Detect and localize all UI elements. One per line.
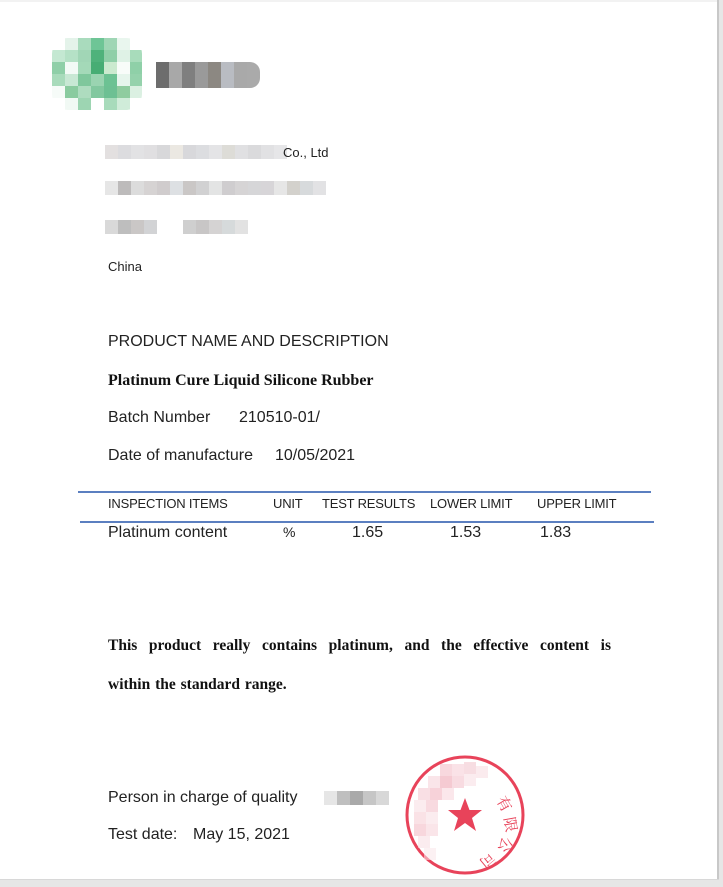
cell-test-result: 1.65	[352, 524, 383, 542]
cell-item: Platinum content	[108, 524, 227, 542]
page-top-edge	[0, 0, 717, 2]
table-header-rule	[80, 521, 654, 523]
col-header-items: INSPECTION ITEMS	[108, 496, 228, 511]
conclusion-line1: This product really contains platinum, a…	[108, 637, 611, 655]
svg-text:司: 司	[476, 849, 499, 872]
test-date-label: Test date:	[108, 826, 177, 844]
col-header-unit: UNIT	[273, 496, 303, 511]
cell-upper-limit: 1.83	[540, 524, 571, 542]
company-name-redacted	[156, 62, 260, 88]
quality-label: Person in charge of quality	[108, 789, 297, 807]
quality-person-redacted	[324, 791, 389, 805]
col-header-test-results: TEST RESULTS	[322, 496, 415, 511]
product-name: Platinum Cure Liquid Silicone Rubber	[108, 372, 374, 390]
company-logo	[52, 38, 142, 110]
svg-text:有: 有	[493, 793, 516, 815]
address-line1-redacted	[105, 145, 287, 159]
svg-text:限: 限	[500, 816, 520, 834]
batch-value: 210510-01/	[239, 409, 320, 427]
address-country: China	[108, 259, 142, 274]
cell-unit: %	[283, 524, 295, 540]
table-top-rule	[78, 491, 651, 493]
address-line1-suffix: Co., Ltd	[283, 145, 329, 160]
svg-text:公: 公	[494, 835, 516, 855]
manufacture-value: 10/05/2021	[275, 447, 355, 465]
col-header-upper-limit: UPPER LIMIT	[537, 496, 616, 511]
conclusion-line2: within the standard range.	[108, 676, 287, 694]
address-line3-redacted	[105, 220, 248, 234]
batch-label: Batch Number	[108, 409, 210, 427]
document-page: Co., Ltd China PRODUCT NAME AND DESCRIPT…	[0, 0, 719, 879]
red-star-seal-icon: 有 限 公 司	[404, 754, 526, 876]
address-line2-redacted	[105, 181, 326, 195]
section-heading: PRODUCT NAME AND DESCRIPTION	[108, 333, 389, 351]
test-date-value: May 15, 2021	[193, 826, 290, 844]
col-header-lower-limit: LOWER LIMIT	[430, 496, 512, 511]
manufacture-label: Date of manufacture	[108, 447, 253, 465]
cell-lower-limit: 1.53	[450, 524, 481, 542]
